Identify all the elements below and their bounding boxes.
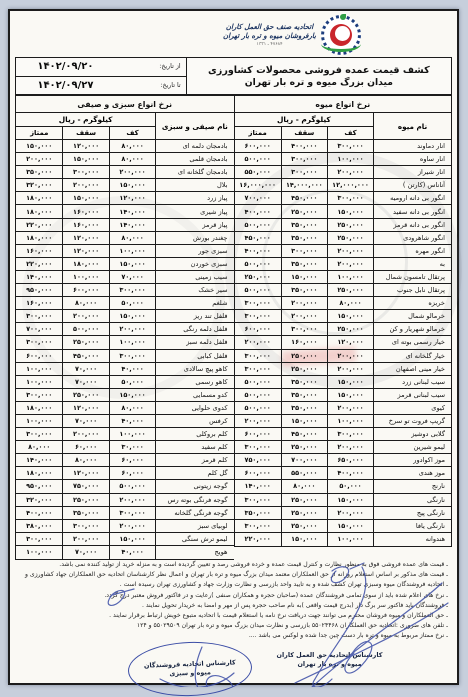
table-row: سیب لبنانی زرد۱۵۰,۰۰۰۳۵۰,۰۰۰۵۰۰,۰۰۰ <box>235 376 452 389</box>
cell-floor: ۱۰۰,۰۰۰ <box>327 271 373 283</box>
cell-name: شلغم <box>155 297 233 309</box>
cell-premium: ۱۶۰,۰۰۰ <box>16 245 62 257</box>
cell-premium: ۹۵۰,۰۰۰ <box>16 480 62 492</box>
table-row: پیاز قرمز۱۴۰,۰۰۰۱۶۰,۰۰۰۲۲۰,۰۰۰ <box>16 219 234 232</box>
cell-floor: ۱۵۰,۰۰۰ <box>327 494 373 506</box>
cell-ceiling: ۲۵۰,۰۰۰ <box>62 336 108 348</box>
table-row: انگور شاهرودی۲۵۰,۰۰۰۳۵۰,۰۰۰۴۵۰,۰۰۰ <box>235 232 452 245</box>
cell-floor: ۱۵۰,۰۰۰ <box>109 533 155 545</box>
table-row: خیار رسمی بوته ای۱۲۰,۰۰۰۱۶۰,۰۰۰۲۰۰,۰۰۰ <box>235 336 452 349</box>
table-row: کیوی۲۰۰,۰۰۰۳۵۰,۰۰۰۵۰۰,۰۰۰ <box>235 402 452 415</box>
cell-ceiling: ۲۰۰,۰۰۰ <box>62 533 108 545</box>
cell-ceiling: ۲۵۰,۰۰۰ <box>281 441 327 453</box>
table-row: لوبیای سبز۲۰۰,۰۰۰۳۰۰,۰۰۰۳۸۰,۰۰۰ <box>16 520 234 533</box>
cell-floor: ۵۰۰,۰۰۰ <box>109 480 155 492</box>
table-row: پیاز شیری۱۴۰,۰۰۰۱۶۰,۰۰۰۱۸۰,۰۰۰ <box>16 205 234 218</box>
sig-right-line1: کارشناس اتحادیه حق العمل کاران <box>262 651 397 660</box>
cell-premium: ۵۵۰,۰۰۰ <box>235 166 281 178</box>
fruit-table-body: انار دماوند۳۰۰,۰۰۰۴۰۰,۰۰۰۶۰۰,۰۰۰انار ساو… <box>235 140 452 546</box>
cell-premium: ۳۵۰,۰۰۰ <box>16 166 62 178</box>
cell-floor: ۳۰۰,۰۰۰ <box>327 428 373 440</box>
cell-premium: ۱۶۰,۰۰۰ <box>16 297 62 309</box>
cell-ceiling: ۲۵۰,۰۰۰ <box>281 520 327 532</box>
document-sheet: اتحادیه صنف حق العمل کاران بارفروشان میو… <box>8 9 459 685</box>
cell-name: پیاز قرمز <box>155 219 233 231</box>
cell-ceiling: ۳۵۰,۰۰۰ <box>281 284 327 296</box>
table-row: سبزی جور۱۰۰,۰۰۰۱۲۰,۰۰۰۱۶۰,۰۰۰ <box>16 245 234 258</box>
cell-floor: ۸۰,۰۰۰ <box>109 232 155 244</box>
cell-ceiling: ۱۶۰,۰۰۰ <box>281 336 327 348</box>
cell-premium: ۱۶,۰۰۰,۰۰۰ <box>235 179 281 191</box>
cell-name: خیار رسمی بوته ای <box>373 336 451 348</box>
title-line1: کشف قیمت عمده فروشی محصولات کشاورزی <box>208 64 430 77</box>
table-row: فلفل دلمه سبز۱۰۰,۰۰۰۲۵۰,۰۰۰۳۰۰,۰۰۰ <box>16 336 234 349</box>
cell-floor: ۴۰,۰۰۰ <box>109 415 155 427</box>
cell-name: انگور شاهرودی <box>373 232 451 244</box>
cell-name: خربزه <box>373 297 451 309</box>
cell-ceiling: ۱۵۰,۰۰۰ <box>281 415 327 427</box>
cell-floor: ۸۰,۰۰۰ <box>109 153 155 165</box>
cell-ceiling: ۳۰۰,۰۰۰ <box>281 245 327 257</box>
table-row: کاهو پیچ سالادی۴۰,۰۰۰۷۰,۰۰۰۱۰۰,۰۰۰ <box>16 363 234 376</box>
cell-floor: ۱۰۰,۰۰۰ <box>109 245 155 257</box>
cell-floor: ۱۵۰,۰۰۰ <box>109 389 155 401</box>
cell-name: آناناس (کارتن ) <box>373 179 451 191</box>
cell-ceiling: ۱۰۰,۰۰۰ <box>62 271 108 283</box>
cell-name: خرمالو شهریار و کن <box>373 323 451 335</box>
cell-name: فلفل تند ریز <box>155 310 233 322</box>
header-block: کشف قیمت عمده فروشی محصولات کشاورزی میدا… <box>15 57 452 95</box>
date-to-value: ۱۴۰۲/۰۹/۲۷ <box>16 80 115 91</box>
cell-name: بادمجان گلخانه ای <box>155 166 233 178</box>
cell-name: لیمو ترش سنگی <box>155 533 233 545</box>
signature-block-right: کارشناس اتحادیه حق العمل کاران میوه و تر… <box>262 651 397 669</box>
cell-ceiling: ۱۲۰,۰۰۰ <box>62 467 108 479</box>
table-row: کدوی حلوایی۸۰,۰۰۰۱۲۰,۰۰۰۱۸۰,۰۰۰ <box>16 402 234 415</box>
table-row: انار شیراز۲۰۰,۰۰۰۳۰۰,۰۰۰۵۵۰,۰۰۰ <box>235 166 452 179</box>
cell-ceiling: ۷۵۰,۰۰۰ <box>62 480 108 492</box>
union-name-line2: بارفروشان میوه و تره بار تهران <box>223 32 316 41</box>
cell-floor: ۱۴۰,۰۰۰ <box>109 205 155 217</box>
cell-ceiling: ۱۵۰,۰۰۰ <box>281 271 327 283</box>
veg-table-body: بادمجان دلمه ای۸۰,۰۰۰۱۲۰,۰۰۰۱۵۰,۰۰۰بادمج… <box>16 140 234 559</box>
cell-name: انگور بی دانه قرمز <box>373 219 451 231</box>
cell-ceiling: ۸۰,۰۰۰ <box>62 454 108 466</box>
sig-right-line2: میوه و تره بار تهران <box>262 660 397 669</box>
cell-premium: ۵۰۰,۰۰۰ <box>235 219 281 231</box>
cell-ceiling: ۱۲۰,۰۰۰ <box>62 232 108 244</box>
date-from-label: از تاریخ: <box>115 63 186 70</box>
cell-floor: ۱۲۰,۰۰۰ <box>109 192 155 204</box>
veg-table-header: نام صیفی و سبزی کیلوگرم - ریال کف سقف مم… <box>16 113 234 140</box>
cell-floor: ۲۰۰,۰۰۰ <box>327 166 373 178</box>
table-row: خرمالو شهریار و کن۲۵۰,۰۰۰۳۰۰,۰۰۰۶۰۰,۰۰۰ <box>235 323 452 336</box>
cell-ceiling: ۲۰۰,۰۰۰ <box>281 297 327 309</box>
cell-ceiling: ۱۶۰,۰۰۰ <box>62 205 108 217</box>
cell-floor: ۲۰۰,۰۰۰ <box>109 323 155 335</box>
cell-floor: ۱۰۰,۰۰۰ <box>327 533 373 546</box>
table-row: خرمالو شمال۱۵۰,۰۰۰۲۰۰,۰۰۰۳۰۰,۰۰۰ <box>235 310 452 323</box>
cell-premium: ۳۰۰,۰۰۰ <box>16 428 62 440</box>
table-row: لیمو ترش سنگی۱۵۰,۰۰۰۲۰۰,۰۰۰۳۰۰,۰۰۰ <box>16 533 234 546</box>
cell-name: به <box>373 258 451 270</box>
cell-premium: ۳۰۰,۰۰۰ <box>16 336 62 348</box>
cell-name: بادمجان قلمی <box>155 153 233 165</box>
cell-name: انار ساوه <box>373 153 451 165</box>
date-from-row: از تاریخ: ۱۴۰۲/۰۹/۲۰ <box>16 58 186 77</box>
cell-ceiling: ۱۲۰,۰۰۰ <box>62 245 108 257</box>
cell-name: فلفل دلمه رنگی <box>155 323 233 335</box>
cell-name: سیب لبنانی زرد <box>373 376 451 388</box>
cell-premium: ۳۲۰,۰۰۰ <box>16 494 62 506</box>
table-row: خیار گلخانه ای۲۰۰,۰۰۰۲۵۰,۰۰۰۳۰۰,۰۰۰ <box>235 350 452 363</box>
cell-premium: ۴۰۰,۰۰۰ <box>16 507 62 519</box>
cell-floor: ۲۰۰,۰۰۰ <box>109 520 155 532</box>
cell-premium: ۲۰۰,۰۰۰ <box>235 415 281 427</box>
cell-ceiling: ۳۵۰,۰۰۰ <box>62 507 108 519</box>
cell-premium: ۳۰۰,۰۰۰ <box>16 389 62 401</box>
footnote-line: قیمت های عمده فروشی فوق به منظور نظارت و… <box>18 560 448 570</box>
fruit-col-floor: کف <box>327 127 373 139</box>
price-tables: نرخ انواع میوه نام میوه کیلوگرم - ریال ک… <box>15 95 452 560</box>
cell-premium: ۵۰۰,۰۰۰ <box>235 284 281 296</box>
document-title: کشف قیمت عمده فروشی محصولات کشاورزی میدا… <box>186 58 451 94</box>
cell-ceiling: ۴۵۰,۰۰۰ <box>62 350 108 362</box>
cell-floor: ۸۰,۰۰۰ <box>327 297 373 309</box>
cell-ceiling: ۲۰۰,۰۰۰ <box>62 179 108 191</box>
cell-premium: ۱۰۰,۰۰۰ <box>16 363 62 375</box>
cell-ceiling: ۲۵۰,۰۰۰ <box>281 205 327 217</box>
cell-premium: ۳۰۰,۰۰۰ <box>235 494 281 506</box>
cell-name: پیاز شیری <box>155 205 233 217</box>
cell-floor: ۳۰۰,۰۰۰ <box>109 507 155 519</box>
table-row: گریپ فروت تو سرخ۱۰۰,۰۰۰۱۵۰,۰۰۰۲۰۰,۰۰۰ <box>235 415 452 428</box>
cell-premium: ۳۵۰,۰۰۰ <box>235 507 281 519</box>
cell-name: خرمالو شمال <box>373 310 451 322</box>
cell-floor: ۴۰,۰۰۰ <box>109 363 155 375</box>
cell-name: انگور مهره <box>373 245 451 257</box>
cell-ceiling: ۲۰۰,۰۰۰ <box>62 310 108 322</box>
cell-name: انار دماوند <box>373 140 451 152</box>
cell-floor: ۱۰۰,۰۰۰ <box>109 336 155 348</box>
cell-floor: ۵۰,۰۰۰ <box>109 376 155 388</box>
cell-name: فلفل کبابی <box>155 350 233 362</box>
cell-ceiling: ۳۰۰,۰۰۰ <box>281 323 327 335</box>
cell-premium: ۳۰۰,۰۰۰ <box>235 520 281 532</box>
cell-ceiling: ۳۰۰,۰۰۰ <box>62 166 108 178</box>
cell-name: انار شیراز <box>373 166 451 178</box>
cell-name: کلم سفید <box>155 441 233 453</box>
table-row: بلال۱۵۰,۰۰۰۲۰۰,۰۰۰۳۲۰,۰۰۰ <box>16 179 234 192</box>
cell-name: سبزی خوردن <box>155 258 233 270</box>
cell-floor: ۱۴۰,۰۰۰ <box>109 219 155 231</box>
cell-floor: ۱۰۰,۰۰۰ <box>327 153 373 165</box>
cell-premium: ۱۰۰,۰۰۰ <box>16 376 62 388</box>
cell-floor: ۲۰۰,۰۰۰ <box>327 245 373 257</box>
footnote-line: نرخ های اعلام شده باید از سوی تمامی فروش… <box>18 591 448 601</box>
cell-premium: ۷۵۰,۰۰۰ <box>235 454 281 466</box>
cell-floor: ۱۵۰,۰۰۰ <box>109 258 155 270</box>
cell-floor: ۶۰,۰۰۰ <box>109 467 155 479</box>
cell-ceiling: ۴۵۰,۰۰۰ <box>281 192 327 204</box>
cell-floor: ۳۰,۰۰۰ <box>109 441 155 453</box>
cell-premium: ۲۲۰,۰۰۰ <box>16 258 62 270</box>
cell-ceiling: ۳۰۰,۰۰۰ <box>281 166 327 178</box>
table-row: انگور بی دانه سفید۱۵۰,۰۰۰۲۵۰,۰۰۰۴۰۰,۰۰۰ <box>235 205 452 218</box>
cell-ceiling: ۲۵۰,۰۰۰ <box>281 494 327 506</box>
signature-block-left: کارشناس اتحادیه فروشندگان میوه و سبزی <box>127 640 253 697</box>
table-row: انار ساوه۱۰۰,۰۰۰۳۰۰,۰۰۰۵۰۰,۰۰۰ <box>235 153 452 166</box>
cell-ceiling: ۲۵۰,۰۰۰ <box>281 363 327 375</box>
cell-floor: ۲۰۰,۰۰۰ <box>109 166 155 178</box>
cell-name: کرفس <box>155 415 233 427</box>
date-to-label: تا تاریخ: <box>115 82 186 89</box>
cell-premium: ۵۰۰,۰۰۰ <box>235 258 281 270</box>
cell-floor: ۱۵۰,۰۰۰ <box>109 310 155 322</box>
table-row: کلم بروکلی۱۰۰,۰۰۰۲۰۰,۰۰۰۳۰۰,۰۰۰ <box>16 428 234 441</box>
fruit-table-header: نام میوه کیلوگرم - ریال کف سقف ممتاز <box>235 113 452 140</box>
cell-ceiling: ۱۵۰,۰۰۰ <box>281 533 327 546</box>
cell-premium: ۳۸۰,۰۰۰ <box>16 520 62 532</box>
cell-name: نارنگی <box>373 494 451 506</box>
cell-name: کلم قرمز <box>155 454 233 466</box>
table-row: موز هندی۴۰۰,۰۰۰۵۵۰,۰۰۰۶۰۰,۰۰۰ <box>235 467 452 480</box>
cell-premium: ۳۰۰,۰۰۰ <box>235 350 281 362</box>
cell-ceiling: ۲۵۰,۰۰۰ <box>62 389 108 401</box>
union-name-line1: اتحادیه صنف حق العمل کاران <box>226 23 313 32</box>
cell-name: انگور بی دانه سفید <box>373 205 451 217</box>
table-row: کدو مسمایی۱۵۰,۰۰۰۲۵۰,۰۰۰۳۰۰,۰۰۰ <box>16 389 234 402</box>
cell-ceiling: ۷۰,۰۰۰ <box>62 363 108 375</box>
cell-floor: ۲۰۰,۰۰۰ <box>327 441 373 453</box>
cell-floor: ۲۰۰,۰۰۰ <box>109 494 155 506</box>
cell-ceiling: ۷۰,۰۰۰ <box>62 376 108 388</box>
cell-floor: ۱۵۰,۰۰۰ <box>109 179 155 191</box>
cell-premium: ۶۰۰,۰۰۰ <box>235 140 281 152</box>
veg-col-ceiling: سقف <box>62 127 108 139</box>
veg-col-premium: ممتاز <box>16 127 62 139</box>
cell-floor: ۱۵۰,۰۰۰ <box>327 520 373 532</box>
cell-premium: ۳۰۰,۰۰۰ <box>235 310 281 322</box>
cell-premium: ۴۰۰,۰۰۰ <box>235 205 281 217</box>
cell-floor: ۴۰۰,۰۰۰ <box>327 467 373 479</box>
cell-premium: ۶۰۰,۰۰۰ <box>16 350 62 362</box>
cell-name: سبزی جور <box>155 245 233 257</box>
cell-ceiling: ۱۵۰,۰۰۰ <box>62 192 108 204</box>
table-row: لیمو شیرین۲۰۰,۰۰۰۲۵۰,۰۰۰۳۰۰,۰۰۰ <box>235 441 452 454</box>
fruit-name-header: نام میوه <box>373 113 451 139</box>
cell-ceiling: ۳۵۰,۰۰۰ <box>281 389 327 401</box>
table-row: بادمجان قلمی۸۰,۰۰۰۱۵۰,۰۰۰۲۰۰,۰۰۰ <box>16 153 234 166</box>
table-row: به۲۰۰,۰۰۰۳۵۰,۰۰۰۵۰۰,۰۰۰ <box>235 258 452 271</box>
footnote-line: قیمت های مذکور بر اساس استعلام روزانه از… <box>18 570 448 580</box>
cell-premium: ۴۵۰,۰۰۰ <box>235 232 281 244</box>
cell-premium: ۲۲۰,۰۰۰ <box>16 219 62 231</box>
table-row: شلغم۵۰,۰۰۰۸۰,۰۰۰۱۶۰,۰۰۰ <box>16 297 234 310</box>
table-row: کرفس۴۰,۰۰۰۷۰,۰۰۰۱۰۰,۰۰۰ <box>16 415 234 428</box>
cell-premium: ۵۰۰,۰۰۰ <box>235 153 281 165</box>
table-row: آناناس (کارتن )۱۲,۰۰۰,۰۰۰۱۴,۰۰۰,۰۰۰۱۶,۰۰… <box>235 179 452 192</box>
table-row: خربزه۸۰,۰۰۰۲۰۰,۰۰۰۳۰۰,۰۰۰ <box>235 297 452 310</box>
cell-ceiling: ۴۰۰,۰۰۰ <box>281 140 327 152</box>
cell-floor: ۵۰,۰۰۰ <box>327 480 373 492</box>
table-row: فلفل تند ریز۱۵۰,۰۰۰۲۰۰,۰۰۰۳۰۰,۰۰۰ <box>16 310 234 323</box>
cell-name: کلم بروکلی <box>155 428 233 440</box>
table-row: نارنج۵۰,۰۰۰۸۰,۰۰۰۱۴۰,۰۰۰ <box>235 480 452 493</box>
cell-floor: ۴۰,۰۰۰ <box>109 546 155 559</box>
date-from-value: ۱۴۰۲/۰۹/۲۰ <box>16 61 115 72</box>
cell-ceiling: ۳۰۰,۰۰۰ <box>281 153 327 165</box>
cell-premium: ۱۴۰,۰۰۰ <box>16 454 62 466</box>
cell-ceiling: ۸۰,۰۰۰ <box>62 297 108 309</box>
cell-premium: ۶۰۰,۰۰۰ <box>235 323 281 335</box>
cell-ceiling: ۱۸۰,۰۰۰ <box>62 258 108 270</box>
footnote-line: نرخ ممتاز مربوط به میوه و تره بار دست چی… <box>18 631 448 641</box>
cell-ceiling: ۸۰,۰۰۰ <box>281 480 327 492</box>
cell-name: بادمجان دلمه ای <box>155 140 233 152</box>
cell-ceiling: ۷۰,۰۰۰ <box>62 546 108 559</box>
cell-name: کاهو رسمی <box>155 376 233 388</box>
table-row: انار دماوند۳۰۰,۰۰۰۴۰۰,۰۰۰۶۰۰,۰۰۰ <box>235 140 452 153</box>
table-row: چغندر بورش۸۰,۰۰۰۱۲۰,۰۰۰۱۸۰,۰۰۰ <box>16 232 234 245</box>
cell-floor: ۱۵۰,۰۰۰ <box>327 376 373 388</box>
cell-floor: ۱۰۰,۰۰۰ <box>327 415 373 427</box>
registration-line: ۴۷۶۸۴ ـ ۱۳۳۱ <box>257 42 283 47</box>
cell-floor: ۲۵۰,۰۰۰ <box>327 219 373 231</box>
cell-floor: ۸۰,۰۰۰ <box>109 140 155 152</box>
cell-name: نارنگی یافا <box>373 520 451 532</box>
cell-name: گل کلم <box>155 467 233 479</box>
cell-name: سیب لبنانی قرمز <box>373 389 451 401</box>
cell-name: گوجه زیتونی <box>155 480 233 492</box>
veg-section-title: نرخ انواع سبزی و صیفی <box>16 96 234 113</box>
cell-floor: ۲۰۰,۰۰۰ <box>327 350 373 362</box>
table-row: سیب زمینی۷۰,۰۰۰۱۰۰,۰۰۰۱۴۰,۰۰۰ <box>16 271 234 284</box>
cell-ceiling: ۱۵۰,۰۰۰ <box>62 153 108 165</box>
table-row: گلابی دوشیز۳۰۰,۰۰۰۴۵۰,۰۰۰۶۰۰,۰۰۰ <box>235 428 452 441</box>
cell-premium: ۴۰۰,۰۰۰ <box>235 245 281 257</box>
cell-name: کیوی <box>373 402 451 414</box>
cell-name: کدوی حلوایی <box>155 402 233 414</box>
cell-floor: ۶۰,۰۰۰ <box>109 454 155 466</box>
cell-premium: ۳۰۰,۰۰۰ <box>235 441 281 453</box>
table-row: نارنگی یافا۱۵۰,۰۰۰۲۵۰,۰۰۰۳۰۰,۰۰۰ <box>235 520 452 533</box>
cell-floor: ۳۰۰,۰۰۰ <box>109 350 155 362</box>
cell-premium: ۱۸۰,۰۰۰ <box>16 205 62 217</box>
cell-premium: ۱۵۰,۰۰۰ <box>16 140 62 152</box>
cell-floor: ۲۰۰,۰۰۰ <box>327 258 373 270</box>
table-row: گوجه فرنگی گلخانه۳۰۰,۰۰۰۳۵۰,۰۰۰۴۰۰,۰۰۰ <box>16 507 234 520</box>
fruit-col-ceiling: سقف <box>281 127 327 139</box>
table-row: سیب لبنانی قرمز۱۵۰,۰۰۰۳۵۰,۰۰۰۵۰۰,۰۰۰ <box>235 389 452 402</box>
cell-ceiling: ۲۰۰,۰۰۰ <box>281 310 327 322</box>
title-line2: میدان بزرگ میوه و تره بار تهران <box>245 77 393 89</box>
cell-floor: ۱۵۰,۰۰۰ <box>327 389 373 401</box>
cell-name: پرتقال تامسون شمال <box>373 271 451 283</box>
cell-name: نارنج <box>373 480 451 492</box>
cell-ceiling: ۲۵۰,۰۰۰ <box>62 494 108 506</box>
cell-name: کاهو پیچ سالادی <box>155 363 233 375</box>
cell-name: هویج <box>155 546 233 559</box>
table-row: خیار مینی اصفهان۲۰۰,۰۰۰۲۵۰,۰۰۰۳۰۰,۰۰۰ <box>235 363 452 376</box>
cell-name: بلال <box>155 179 233 191</box>
cell-premium: ۱۴۰,۰۰۰ <box>16 271 62 283</box>
cell-ceiling: ۲۵۰,۰۰۰ <box>281 350 327 362</box>
cell-floor: ۱۰۰,۰۰۰ <box>109 428 155 440</box>
date-box: از تاریخ: ۱۴۰۲/۰۹/۲۰ تا تاریخ: ۱۴۰۲/۰۹/۲… <box>16 58 186 94</box>
cell-ceiling: ۱۲۰,۰۰۰ <box>62 140 108 152</box>
cell-ceiling: ۵۰۰,۰۰۰ <box>62 323 108 335</box>
cell-premium: ۲۰۰,۰۰۰ <box>235 336 281 348</box>
footnotes: قیمت های عمده فروشی فوق به منظور نظارت و… <box>18 560 448 642</box>
footnote-line: حق العملکاران و میوه فروشان محترم می توا… <box>18 611 448 621</box>
fruit-price-table: نرخ انواع میوه نام میوه کیلوگرم - ریال ک… <box>234 95 453 547</box>
cell-ceiling: ۶۰۰,۰۰۰ <box>62 284 108 296</box>
cell-premium: ۳۰۰,۰۰۰ <box>16 310 62 322</box>
fruit-section-title: نرخ انواع میوه <box>235 96 452 113</box>
cell-premium: ۱۸۰,۰۰۰ <box>16 232 62 244</box>
cell-floor: ۳۰۰,۰۰۰ <box>327 140 373 152</box>
cell-ceiling: ۲۰۰,۰۰۰ <box>62 428 108 440</box>
cell-premium: ۱۰۰,۰۰۰ <box>16 415 62 427</box>
cell-name: خیار گلخانه ای <box>373 350 451 362</box>
cell-premium: ۳۰۰,۰۰۰ <box>16 533 62 545</box>
cell-floor: ۲۵۰,۰۰۰ <box>327 323 373 335</box>
cell-name: سیب زمینی <box>155 271 233 283</box>
table-row: هندوانه۱۰۰,۰۰۰۱۵۰,۰۰۰۲۲۰,۰۰۰ <box>235 533 452 546</box>
cell-ceiling: ۱۴,۰۰۰,۰۰۰ <box>281 179 327 191</box>
cell-floor: ۱۲۰,۰۰۰ <box>327 336 373 348</box>
table-row: پرتقال تامسون شمال۱۰۰,۰۰۰۱۵۰,۰۰۰۲۵۰,۰۰۰ <box>235 271 452 284</box>
cell-floor: ۲۵۰,۰۰۰ <box>327 284 373 296</box>
cell-floor: ۱۲,۰۰۰,۰۰۰ <box>327 179 373 191</box>
table-row: نارنگی پیج۲۰۰,۰۰۰۲۵۰,۰۰۰۳۵۰,۰۰۰ <box>235 507 452 520</box>
table-row: سبزی خوردن۱۵۰,۰۰۰۱۸۰,۰۰۰۲۲۰,۰۰۰ <box>16 258 234 271</box>
cell-premium: ۶۰۰,۰۰۰ <box>235 428 281 440</box>
date-to-row: تا تاریخ: ۱۴۰۲/۰۹/۲۷ <box>16 77 186 95</box>
table-row: پیاز زرد۱۲۰,۰۰۰۱۵۰,۰۰۰۱۸۰,۰۰۰ <box>16 192 234 205</box>
cell-name: گریپ فروت تو سرخ <box>373 415 451 427</box>
cell-ceiling: ۳۵۰,۰۰۰ <box>281 232 327 244</box>
scan-background: { "brand": { "union_line1": "اتحادیه صنف… <box>0 0 468 697</box>
cell-premium: ۹۵۰,۰۰۰ <box>16 284 62 296</box>
cell-name: گوجه فرنگی گلخانه <box>155 507 233 519</box>
cell-ceiling: ۱۶۰,۰۰۰ <box>62 219 108 231</box>
cell-premium: ۱۸۰,۰۰۰ <box>16 402 62 414</box>
cell-ceiling: ۳۵۰,۰۰۰ <box>281 376 327 388</box>
cell-ceiling: ۵۵۰,۰۰۰ <box>281 467 327 479</box>
cell-name: خیار مینی اصفهان <box>373 363 451 375</box>
table-row: انگور بی دانه ارومیه۳۰۰,۰۰۰۴۵۰,۰۰۰۷۰۰,۰۰… <box>235 192 452 205</box>
cell-name: چغندر بورش <box>155 232 233 244</box>
cell-ceiling: ۷۰۰,۰۰۰ <box>281 454 327 466</box>
cell-name: فلفل دلمه سبز <box>155 336 233 348</box>
cell-premium: ۵۰۰,۰۰۰ <box>235 389 281 401</box>
fruit-unit-header: کیلوگرم - ریال <box>235 113 374 127</box>
cell-premium: ۳۲۰,۰۰۰ <box>16 179 62 191</box>
table-row: انگور بی دانه قرمز۲۵۰,۰۰۰۳۵۰,۰۰۰۵۰۰,۰۰۰ <box>235 219 452 232</box>
cell-floor: ۲۰۰,۰۰۰ <box>327 363 373 375</box>
cell-premium: ۲۲۰,۰۰۰ <box>235 533 281 546</box>
cell-premium: ۶۰۰,۰۰۰ <box>235 467 281 479</box>
cell-name: لیمو شیرین <box>373 441 451 453</box>
cell-name: موز هندی <box>373 467 451 479</box>
cell-ceiling: ۲۵۰,۰۰۰ <box>281 507 327 519</box>
vegetable-price-table: نرخ انواع سبزی و صیفی نام صیفی و سبزی کی… <box>15 95 234 560</box>
cell-premium: ۲۵۰,۰۰۰ <box>235 271 281 283</box>
cell-premium: ۳۰۰,۰۰۰ <box>235 363 281 375</box>
table-row: گل کلم۶۰,۰۰۰۱۲۰,۰۰۰۱۸۰,۰۰۰ <box>16 467 234 480</box>
